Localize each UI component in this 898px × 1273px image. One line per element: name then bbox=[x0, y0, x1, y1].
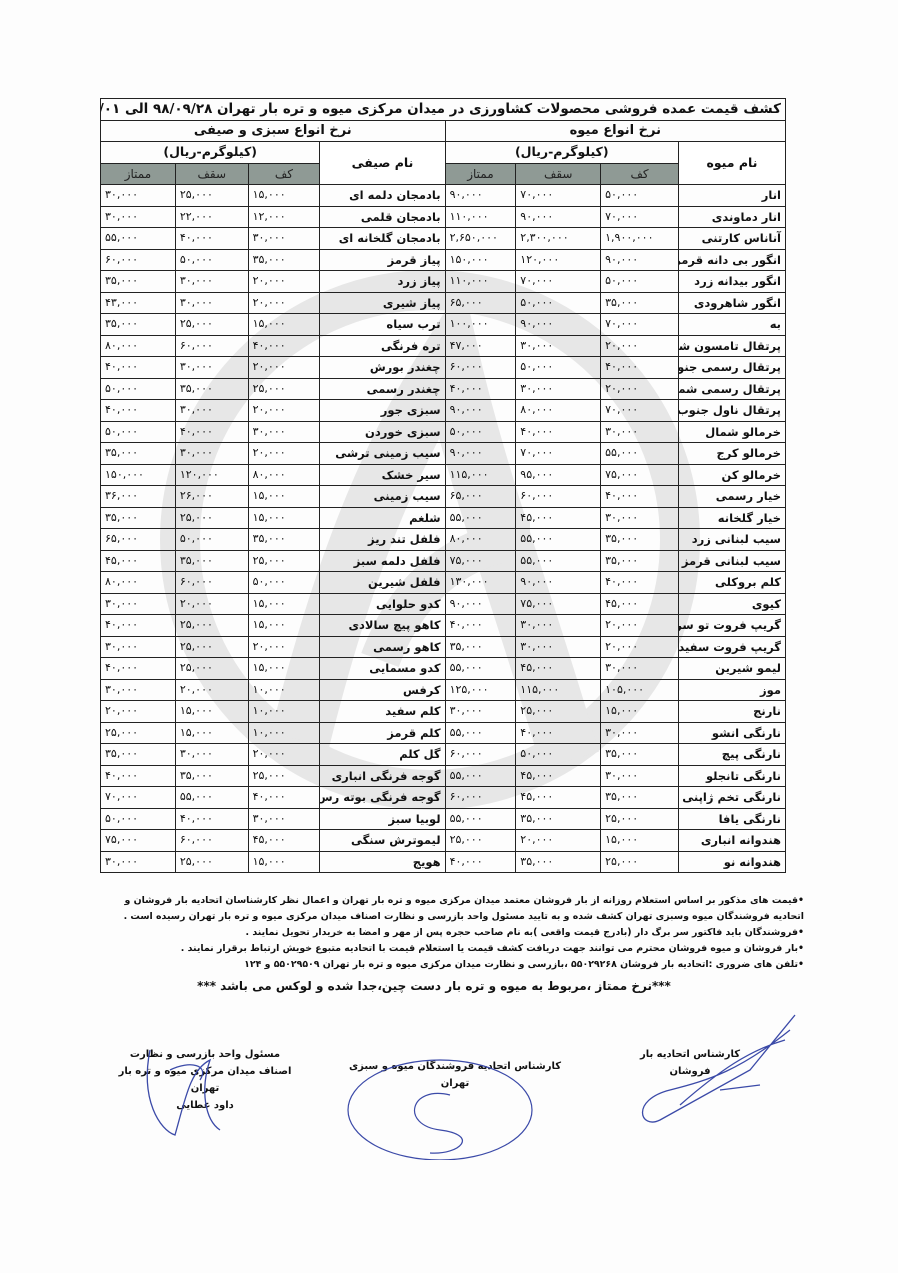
veg-min-price: ۸۰,۰۰۰ bbox=[248, 464, 320, 486]
veg-max-price: ۲۲,۰۰۰ bbox=[175, 206, 248, 228]
table-row: سیب لبنانی زرد۳۵,۰۰۰۵۵,۰۰۰۸۰,۰۰۰فلفل تند… bbox=[101, 529, 786, 551]
veg-min-price: ۲۰,۰۰۰ bbox=[248, 443, 320, 465]
fruit-max-price: ۵۰,۰۰۰ bbox=[516, 292, 601, 314]
veg-min-price: ۲۰,۰۰۰ bbox=[248, 357, 320, 379]
table-row: خیار رسمی۴۰,۰۰۰۶۰,۰۰۰۶۵,۰۰۰سیب زمینی۱۵,۰… bbox=[101, 486, 786, 508]
veg-name: بادمجان دلمه ای bbox=[320, 185, 445, 207]
fruit-max-price: ۹۵,۰۰۰ bbox=[516, 464, 601, 486]
veg-name: سیب زمینی bbox=[320, 486, 445, 508]
table-row: پرتقال رسمی شمال۲۰,۰۰۰۳۰,۰۰۰۴۰,۰۰۰چغندر … bbox=[101, 378, 786, 400]
veg-premium-price: ۴۰,۰۰۰ bbox=[101, 400, 176, 422]
veg-name: کاهو پیچ سالادی bbox=[320, 615, 445, 637]
fruit-premium-price: ۹۰,۰۰۰ bbox=[445, 185, 516, 207]
fruit-min-price: ۲۵,۰۰۰ bbox=[601, 851, 679, 873]
veg-premium-price: ۳۶,۰۰۰ bbox=[101, 486, 176, 508]
table-row: موز۱۰۵,۰۰۰۱۱۵,۰۰۰۱۲۵,۰۰۰کرفس۱۰,۰۰۰۲۰,۰۰۰… bbox=[101, 679, 786, 701]
veg-min-price: ۱۰,۰۰۰ bbox=[248, 679, 320, 701]
table-row: انار۵۰,۰۰۰۷۰,۰۰۰۹۰,۰۰۰بادمجان دلمه ای۱۵,… bbox=[101, 185, 786, 207]
veg-max-price: ۳۰,۰۰۰ bbox=[175, 744, 248, 766]
veg-min-price: ۱۵,۰۰۰ bbox=[248, 507, 320, 529]
fruit-name: خیار رسمی bbox=[678, 486, 785, 508]
fruit-premium-price: ۵۵,۰۰۰ bbox=[445, 765, 516, 787]
fruit-min-price: ۲۰,۰۰۰ bbox=[601, 636, 679, 658]
fruit-max-price: ۳۰,۰۰۰ bbox=[516, 335, 601, 357]
table-row: خیار گلخانه۳۰,۰۰۰۴۵,۰۰۰۵۵,۰۰۰شلغم۱۵,۰۰۰۲… bbox=[101, 507, 786, 529]
fruit-min-price: ۴۰,۰۰۰ bbox=[601, 486, 679, 508]
table-row: پرتقال تامسون شمال۲۰,۰۰۰۳۰,۰۰۰۴۷,۰۰۰تره … bbox=[101, 335, 786, 357]
table-row: خرمالو کن۷۵,۰۰۰۹۵,۰۰۰۱۱۵,۰۰۰سیر خشک۸۰,۰۰… bbox=[101, 464, 786, 486]
note-1-continued: اتحادیه فروشندگان میوه وسبزی تهران کشف ش… bbox=[104, 909, 804, 925]
veg-premium-price: ۱۵۰,۰۰۰ bbox=[101, 464, 176, 486]
fruit-max-price: ۱۲۰,۰۰۰ bbox=[516, 249, 601, 271]
fruit-name: انگور بیدانه زرد bbox=[678, 271, 785, 293]
veg-name: فلفل شیرین bbox=[320, 572, 445, 594]
signature-block-wholesalers-union: کارشناس اتحادیه بار فروشان bbox=[620, 1046, 760, 1080]
fruit-max-price: ۹۰,۰۰۰ bbox=[516, 314, 601, 336]
veg-name: چغندر بورش bbox=[320, 357, 445, 379]
veg-max-price: ۵۰,۰۰۰ bbox=[175, 529, 248, 551]
note-2: •فروشندگان باید فاکتور سر برگ دار (بادرج… bbox=[104, 925, 804, 941]
veg-min-price: ۱۵,۰۰۰ bbox=[248, 486, 320, 508]
veg-min-price: ۳۵,۰۰۰ bbox=[248, 529, 320, 551]
veg-min-price: ۱۵,۰۰۰ bbox=[248, 314, 320, 336]
fruit-min-price: ۹۰,۰۰۰ bbox=[601, 249, 679, 271]
veg-max-price: ۲۵,۰۰۰ bbox=[175, 507, 248, 529]
fruit-premium-price: ۲۵,۰۰۰ bbox=[445, 830, 516, 852]
fruit-premium-price: ۶۰,۰۰۰ bbox=[445, 744, 516, 766]
table-row: نارنگی انشو۳۰,۰۰۰۴۰,۰۰۰۵۵,۰۰۰کلم قرمز۱۰,… bbox=[101, 722, 786, 744]
veg-max-price: ۶۰,۰۰۰ bbox=[175, 830, 248, 852]
fruit-name: کیوی bbox=[678, 593, 785, 615]
fruit-premium-price: ۹۰,۰۰۰ bbox=[445, 400, 516, 422]
fruit-max-price: ۲۵,۰۰۰ bbox=[516, 701, 601, 723]
veg-premium-price: ۲۵,۰۰۰ bbox=[101, 722, 176, 744]
veg-min-header: کف bbox=[248, 163, 320, 185]
veg-name: فلفل تند ریز bbox=[320, 529, 445, 551]
signature-block-inspection-unit: مسئول واحد بازرسی و نظارت اصناف میدان مر… bbox=[105, 1046, 305, 1114]
veg-name: سبزی خوردن bbox=[320, 421, 445, 443]
veg-min-price: ۳۰,۰۰۰ bbox=[248, 808, 320, 830]
veg-max-price: ۲۰,۰۰۰ bbox=[175, 593, 248, 615]
fruit-name: پرتقال رسمی شمال bbox=[678, 378, 785, 400]
fruit-max-price: ۳۰,۰۰۰ bbox=[516, 378, 601, 400]
veg-name: گوجه فرنگی انباری bbox=[320, 765, 445, 787]
veg-premium-price: ۳۰,۰۰۰ bbox=[101, 851, 176, 873]
fruit-name-header: نام میوه bbox=[678, 142, 785, 185]
fruit-name: سیب لبنانی زرد bbox=[678, 529, 785, 551]
veg-premium-price: ۶۵,۰۰۰ bbox=[101, 529, 176, 551]
veg-name: ترب سیاه bbox=[320, 314, 445, 336]
table-row: انگور بیدانه زرد۵۰,۰۰۰۷۰,۰۰۰۱۱۰,۰۰۰پیاز … bbox=[101, 271, 786, 293]
fruit-max-price: ۱۱۵,۰۰۰ bbox=[516, 679, 601, 701]
fruit-min-price: ۳۰,۰۰۰ bbox=[601, 765, 679, 787]
signature-title: مسئول واحد بازرسی و نظارت bbox=[105, 1046, 305, 1063]
veg-premium-price: ۳۵,۰۰۰ bbox=[101, 443, 176, 465]
fruit-min-price: ۵۰,۰۰۰ bbox=[601, 271, 679, 293]
fruit-premium-price: ۵۵,۰۰۰ bbox=[445, 722, 516, 744]
table-row: کلم بروکلی۴۰,۰۰۰۹۰,۰۰۰۱۳۰,۰۰۰فلفل شیرین۵… bbox=[101, 572, 786, 594]
fruit-premium-price: ۶۰,۰۰۰ bbox=[445, 787, 516, 809]
veg-max-price: ۲۵,۰۰۰ bbox=[175, 636, 248, 658]
veg-premium-price: ۳۰,۰۰۰ bbox=[101, 679, 176, 701]
fruit-max-price: ۶۰,۰۰۰ bbox=[516, 486, 601, 508]
veg-max-price: ۳۰,۰۰۰ bbox=[175, 400, 248, 422]
veg-premium-price: ۳۵,۰۰۰ bbox=[101, 271, 176, 293]
fruit-min-price: ۳۰,۰۰۰ bbox=[601, 658, 679, 680]
veg-premium-price: ۲۰,۰۰۰ bbox=[101, 701, 176, 723]
veg-max-price: ۴۰,۰۰۰ bbox=[175, 808, 248, 830]
veg-max-price: ۲۵,۰۰۰ bbox=[175, 658, 248, 680]
veg-max-price: ۳۰,۰۰۰ bbox=[175, 271, 248, 293]
veg-name: گل کلم bbox=[320, 744, 445, 766]
veg-max-price: ۳۵,۰۰۰ bbox=[175, 378, 248, 400]
veg-max-price: ۴۰,۰۰۰ bbox=[175, 228, 248, 250]
premium-rate-note: ***نرخ ممتاز ،مربوط به میوه و تره بار دس… bbox=[104, 978, 804, 994]
veg-unit-label: (کیلوگرم-ریال) bbox=[101, 142, 320, 164]
note-1: •قیمت های مذکور بر اساس استعلام روزانه ا… bbox=[104, 893, 804, 909]
table-row: انگور بی دانه قرمز۹۰,۰۰۰۱۲۰,۰۰۰۱۵۰,۰۰۰پی… bbox=[101, 249, 786, 271]
fruit-name: انار bbox=[678, 185, 785, 207]
table-row: نارنگی پیچ۳۵,۰۰۰۵۰,۰۰۰۶۰,۰۰۰گل کلم۲۰,۰۰۰… bbox=[101, 744, 786, 766]
fruit-max-price: ۴۰,۰۰۰ bbox=[516, 722, 601, 744]
veg-name: گوجه فرنگی بوته رس bbox=[320, 787, 445, 809]
veg-premium-price: ۳۰,۰۰۰ bbox=[101, 593, 176, 615]
veg-name: پیاز زرد bbox=[320, 271, 445, 293]
veg-min-price: ۳۰,۰۰۰ bbox=[248, 421, 320, 443]
fruit-min-price: ۳۵,۰۰۰ bbox=[601, 787, 679, 809]
fruit-premium-price: ۸۰,۰۰۰ bbox=[445, 529, 516, 551]
fruit-premium-price: ۱۰۰,۰۰۰ bbox=[445, 314, 516, 336]
fruit-min-price: ۳۵,۰۰۰ bbox=[601, 292, 679, 314]
veg-name: کاهو رسمی bbox=[320, 636, 445, 658]
fruit-name: خیار گلخانه bbox=[678, 507, 785, 529]
table-row: پرتقال رسمی جنوب۴۰,۰۰۰۵۰,۰۰۰۶۰,۰۰۰چغندر … bbox=[101, 357, 786, 379]
veg-premium-price: ۴۰,۰۰۰ bbox=[101, 357, 176, 379]
veg-premium-price: ۴۰,۰۰۰ bbox=[101, 765, 176, 787]
fruit-name: نارنج bbox=[678, 701, 785, 723]
note-4-phones: •تلفن های ضروری :اتحادیه بار فروشان ۵۵۰۲… bbox=[104, 957, 804, 973]
table-row: کیوی۴۵,۰۰۰۷۵,۰۰۰۹۰,۰۰۰کدو حلوایی۱۵,۰۰۰۲۰… bbox=[101, 593, 786, 615]
fruit-premium-price: ۱۱۰,۰۰۰ bbox=[445, 206, 516, 228]
table-row: هندوانه نو۲۵,۰۰۰۳۵,۰۰۰۴۰,۰۰۰هویج۱۵,۰۰۰۲۵… bbox=[101, 851, 786, 873]
fruit-min-price: ۴۰,۰۰۰ bbox=[601, 572, 679, 594]
veg-max-price: ۶۰,۰۰۰ bbox=[175, 335, 248, 357]
fruit-max-price: ۹۰,۰۰۰ bbox=[516, 572, 601, 594]
veg-premium-price: ۳۵,۰۰۰ bbox=[101, 507, 176, 529]
veg-min-price: ۲۵,۰۰۰ bbox=[248, 378, 320, 400]
fruit-max-price: ۹۰,۰۰۰ bbox=[516, 206, 601, 228]
fruit-min-price: ۵۵,۰۰۰ bbox=[601, 443, 679, 465]
veg-min-price: ۱۰,۰۰۰ bbox=[248, 722, 320, 744]
fruit-name: موز bbox=[678, 679, 785, 701]
table-row: لیمو شیرین۳۰,۰۰۰۴۵,۰۰۰۵۵,۰۰۰کدو مسمایی۱۵… bbox=[101, 658, 786, 680]
fruit-premium-price: ۶۵,۰۰۰ bbox=[445, 292, 516, 314]
veg-min-price: ۵۰,۰۰۰ bbox=[248, 572, 320, 594]
fruit-name: نارنگی یافا bbox=[678, 808, 785, 830]
fruit-max-header: سقف bbox=[516, 163, 601, 185]
price-table: کشف قیمت عمده فروشی محصولات کشاورزی در م… bbox=[100, 98, 786, 873]
signature-block-retailers-union: کارشناس اتحادیه فروشندگان میوه و سبزی ته… bbox=[340, 1058, 570, 1092]
veg-max-price: ۴۰,۰۰۰ bbox=[175, 421, 248, 443]
veg-max-price: ۱۵,۰۰۰ bbox=[175, 701, 248, 723]
veg-min-price: ۲۵,۰۰۰ bbox=[248, 550, 320, 572]
veg-min-price: ۳۵,۰۰۰ bbox=[248, 249, 320, 271]
veg-min-price: ۲۰,۰۰۰ bbox=[248, 292, 320, 314]
fruit-premium-price: ۷۵,۰۰۰ bbox=[445, 550, 516, 572]
veg-premium-price: ۴۰,۰۰۰ bbox=[101, 658, 176, 680]
veg-premium-price: ۴۵,۰۰۰ bbox=[101, 550, 176, 572]
veg-max-price: ۲۶,۰۰۰ bbox=[175, 486, 248, 508]
veg-min-price: ۲۰,۰۰۰ bbox=[248, 271, 320, 293]
table-row: نارنگی تانجلو۳۰,۰۰۰۴۵,۰۰۰۵۵,۰۰۰گوجه فرنگ… bbox=[101, 765, 786, 787]
veg-name: کدو مسمایی bbox=[320, 658, 445, 680]
fruit-premium-price: ۴۷,۰۰۰ bbox=[445, 335, 516, 357]
fruit-max-price: ۴۵,۰۰۰ bbox=[516, 787, 601, 809]
veg-max-header: سقف bbox=[175, 163, 248, 185]
signature-subtitle: اصناف میدان مرکزی میوه و تره بار تهران bbox=[105, 1063, 305, 1097]
veg-premium-price: ۵۰,۰۰۰ bbox=[101, 421, 176, 443]
fruit-min-price: ۴۰,۰۰۰ bbox=[601, 357, 679, 379]
fruit-name: پرتقال تامسون شمال bbox=[678, 335, 785, 357]
fruit-premium-price: ۴۰,۰۰۰ bbox=[445, 378, 516, 400]
fruit-max-price: ۵۵,۰۰۰ bbox=[516, 529, 601, 551]
veg-premium-price: ۸۰,۰۰۰ bbox=[101, 572, 176, 594]
fruit-name: خرمالو شمال bbox=[678, 421, 785, 443]
fruit-premium-price: ۳۰,۰۰۰ bbox=[445, 701, 516, 723]
fruit-min-price: ۱۵,۰۰۰ bbox=[601, 830, 679, 852]
fruit-max-price: ۳۵,۰۰۰ bbox=[516, 808, 601, 830]
price-rows: انار۵۰,۰۰۰۷۰,۰۰۰۹۰,۰۰۰بادمجان دلمه ای۱۵,… bbox=[101, 185, 786, 873]
fruit-name: پرتقال ناول جنوب bbox=[678, 400, 785, 422]
fruit-name: انار دماوندی bbox=[678, 206, 785, 228]
fruit-min-price: ۱,۹۰۰,۰۰۰ bbox=[601, 228, 679, 250]
fruit-name: به bbox=[678, 314, 785, 336]
fruit-max-price: ۵۵,۰۰۰ bbox=[516, 550, 601, 572]
veg-min-price: ۱۵,۰۰۰ bbox=[248, 658, 320, 680]
fruit-max-price: ۲,۳۰۰,۰۰۰ bbox=[516, 228, 601, 250]
fruit-premium-price: ۶۵,۰۰۰ bbox=[445, 486, 516, 508]
veg-min-price: ۱۵,۰۰۰ bbox=[248, 615, 320, 637]
fruit-premium-price: ۱۱۰,۰۰۰ bbox=[445, 271, 516, 293]
veg-min-price: ۴۰,۰۰۰ bbox=[248, 787, 320, 809]
veg-premium-header: ممتاز bbox=[101, 163, 176, 185]
table-row: سیب لبنانی قرمز۳۵,۰۰۰۵۵,۰۰۰۷۵,۰۰۰فلفل دل… bbox=[101, 550, 786, 572]
table-row: خرمالو کرج۵۵,۰۰۰۷۰,۰۰۰۹۰,۰۰۰سیب زمینی تر… bbox=[101, 443, 786, 465]
fruit-max-price: ۵۰,۰۰۰ bbox=[516, 357, 601, 379]
veg-min-price: ۱۲,۰۰۰ bbox=[248, 206, 320, 228]
veg-premium-price: ۳۵,۰۰۰ bbox=[101, 744, 176, 766]
fruit-name: نارنگی تخم ژاپنی bbox=[678, 787, 785, 809]
veg-name: کلم قرمز bbox=[320, 722, 445, 744]
veg-premium-price: ۶۰,۰۰۰ bbox=[101, 249, 176, 271]
fruit-name: انگور شاهرودی bbox=[678, 292, 785, 314]
fruit-max-price: ۴۵,۰۰۰ bbox=[516, 507, 601, 529]
veg-name: هویج bbox=[320, 851, 445, 873]
fruit-min-price: ۳۵,۰۰۰ bbox=[601, 744, 679, 766]
fruit-max-price: ۷۰,۰۰۰ bbox=[516, 185, 601, 207]
veg-name: کلم سفید bbox=[320, 701, 445, 723]
veg-max-price: ۵۵,۰۰۰ bbox=[175, 787, 248, 809]
veg-name: سیب زمینی ترشی bbox=[320, 443, 445, 465]
fruit-min-price: ۳۵,۰۰۰ bbox=[601, 550, 679, 572]
fruit-name: خرمالو کن bbox=[678, 464, 785, 486]
fruit-premium-price: ۶۰,۰۰۰ bbox=[445, 357, 516, 379]
veg-premium-price: ۷۵,۰۰۰ bbox=[101, 830, 176, 852]
veg-premium-price: ۵۰,۰۰۰ bbox=[101, 808, 176, 830]
veg-premium-price: ۴۳,۰۰۰ bbox=[101, 292, 176, 314]
veg-section-heading: نرخ انواع سبزی و صیفی bbox=[101, 120, 446, 142]
fruit-max-price: ۳۰,۰۰۰ bbox=[516, 636, 601, 658]
document-title: کشف قیمت عمده فروشی محصولات کشاورزی در م… bbox=[101, 99, 786, 121]
fruit-premium-price: ۴۰,۰۰۰ bbox=[445, 615, 516, 637]
veg-min-price: ۴۰,۰۰۰ bbox=[248, 335, 320, 357]
fruit-max-price: ۷۵,۰۰۰ bbox=[516, 593, 601, 615]
fruit-name: خرمالو کرج bbox=[678, 443, 785, 465]
table-row: پرتقال ناول جنوب۷۰,۰۰۰۸۰,۰۰۰۹۰,۰۰۰سبزی ج… bbox=[101, 400, 786, 422]
fruit-name: نارنگی پیچ bbox=[678, 744, 785, 766]
veg-max-price: ۳۵,۰۰۰ bbox=[175, 550, 248, 572]
fruit-min-price: ۲۰,۰۰۰ bbox=[601, 378, 679, 400]
fruit-premium-price: ۵۰,۰۰۰ bbox=[445, 421, 516, 443]
veg-premium-price: ۳۰,۰۰۰ bbox=[101, 206, 176, 228]
fruit-max-price: ۷۰,۰۰۰ bbox=[516, 271, 601, 293]
fruit-min-price: ۷۰,۰۰۰ bbox=[601, 206, 679, 228]
veg-name: سبزی جور bbox=[320, 400, 445, 422]
fruit-min-price: ۳۰,۰۰۰ bbox=[601, 507, 679, 529]
veg-min-price: ۳۰,۰۰۰ bbox=[248, 228, 320, 250]
fruit-min-price: ۲۰,۰۰۰ bbox=[601, 615, 679, 637]
fruit-name: هندوانه انباری bbox=[678, 830, 785, 852]
veg-min-price: ۱۵,۰۰۰ bbox=[248, 851, 320, 873]
fruit-name: انگور بی دانه قرمز bbox=[678, 249, 785, 271]
fruit-premium-price: ۱۳۰,۰۰۰ bbox=[445, 572, 516, 594]
fruit-min-price: ۳۵,۰۰۰ bbox=[601, 529, 679, 551]
signer-name: داود عطایی bbox=[105, 1097, 305, 1114]
veg-max-price: ۳۰,۰۰۰ bbox=[175, 357, 248, 379]
veg-name: فلفل دلمه سبز bbox=[320, 550, 445, 572]
table-row: به۷۰,۰۰۰۹۰,۰۰۰۱۰۰,۰۰۰ترب سیاه۱۵,۰۰۰۲۵,۰۰… bbox=[101, 314, 786, 336]
fruit-premium-header: ممتاز bbox=[445, 163, 516, 185]
veg-name: لوبیا سبز bbox=[320, 808, 445, 830]
veg-name: کدو حلوایی bbox=[320, 593, 445, 615]
fruit-name: لیمو شیرین bbox=[678, 658, 785, 680]
fruit-name: گریپ فروت سفید bbox=[678, 636, 785, 658]
fruit-name: سیب لبنانی قرمز bbox=[678, 550, 785, 572]
veg-max-price: ۳۰,۰۰۰ bbox=[175, 292, 248, 314]
veg-max-price: ۱۲۰,۰۰۰ bbox=[175, 464, 248, 486]
fruit-min-price: ۳۰,۰۰۰ bbox=[601, 722, 679, 744]
veg-premium-price: ۵۰,۰۰۰ bbox=[101, 378, 176, 400]
fruit-premium-price: ۹۰,۰۰۰ bbox=[445, 593, 516, 615]
veg-max-price: ۲۵,۰۰۰ bbox=[175, 851, 248, 873]
veg-name: پیاز قرمز bbox=[320, 249, 445, 271]
veg-name: پیاز شیری bbox=[320, 292, 445, 314]
veg-premium-price: ۷۰,۰۰۰ bbox=[101, 787, 176, 809]
veg-max-price: ۳۰,۰۰۰ bbox=[175, 443, 248, 465]
fruit-premium-price: ۵۵,۰۰۰ bbox=[445, 808, 516, 830]
fruit-name: آناناس کارتنی bbox=[678, 228, 785, 250]
veg-premium-price: ۳۵,۰۰۰ bbox=[101, 314, 176, 336]
veg-premium-price: ۳۰,۰۰۰ bbox=[101, 636, 176, 658]
veg-name: کرفس bbox=[320, 679, 445, 701]
fruit-premium-price: ۳۵,۰۰۰ bbox=[445, 636, 516, 658]
fruit-name: گریپ فروت تو سرخ bbox=[678, 615, 785, 637]
fruit-max-price: ۲۰,۰۰۰ bbox=[516, 830, 601, 852]
veg-min-price: ۱۰,۰۰۰ bbox=[248, 701, 320, 723]
veg-min-price: ۲۰,۰۰۰ bbox=[248, 400, 320, 422]
fruit-premium-price: ۴۰,۰۰۰ bbox=[445, 851, 516, 873]
fruit-max-price: ۷۰,۰۰۰ bbox=[516, 443, 601, 465]
fruit-max-price: ۳۰,۰۰۰ bbox=[516, 615, 601, 637]
fruit-min-header: کف bbox=[601, 163, 679, 185]
fruit-min-price: ۷۵,۰۰۰ bbox=[601, 464, 679, 486]
veg-name: بادمجان قلمی bbox=[320, 206, 445, 228]
veg-name-header: نام صیفی bbox=[320, 142, 445, 185]
table-row: خرمالو شمال۳۰,۰۰۰۴۰,۰۰۰۵۰,۰۰۰سبزی خوردن۳… bbox=[101, 421, 786, 443]
table-row: انگور شاهرودی۳۵,۰۰۰۵۰,۰۰۰۶۵,۰۰۰پیاز شیری… bbox=[101, 292, 786, 314]
fruit-max-price: ۳۵,۰۰۰ bbox=[516, 851, 601, 873]
veg-name: لیموترش سنگی bbox=[320, 830, 445, 852]
table-row: آناناس کارتنی۱,۹۰۰,۰۰۰۲,۳۰۰,۰۰۰۲,۶۵۰,۰۰۰… bbox=[101, 228, 786, 250]
price-sheet-page: کشف قیمت عمده فروشی محصولات کشاورزی در م… bbox=[0, 0, 898, 1273]
signature-title: کارشناس اتحادیه بار فروشان bbox=[620, 1046, 760, 1080]
fruit-min-price: ۷۰,۰۰۰ bbox=[601, 400, 679, 422]
veg-min-price: ۱۵,۰۰۰ bbox=[248, 185, 320, 207]
veg-name: سیر خشک bbox=[320, 464, 445, 486]
fruit-max-price: ۴۰,۰۰۰ bbox=[516, 421, 601, 443]
table-row: گریپ فروت سفید۲۰,۰۰۰۳۰,۰۰۰۳۵,۰۰۰کاهو رسم… bbox=[101, 636, 786, 658]
fruit-name: هندوانه نو bbox=[678, 851, 785, 873]
fruit-max-price: ۴۵,۰۰۰ bbox=[516, 765, 601, 787]
fruit-min-price: ۲۵,۰۰۰ bbox=[601, 808, 679, 830]
fruit-max-price: ۴۵,۰۰۰ bbox=[516, 658, 601, 680]
table-row: نارنگی تخم ژاپنی۳۵,۰۰۰۴۵,۰۰۰۶۰,۰۰۰گوجه ف… bbox=[101, 787, 786, 809]
table-row: نارنج۱۵,۰۰۰۲۵,۰۰۰۳۰,۰۰۰کلم سفید۱۰,۰۰۰۱۵,… bbox=[101, 701, 786, 723]
signature-title: کارشناس اتحادیه فروشندگان میوه و سبزی ته… bbox=[340, 1058, 570, 1092]
fruit-min-price: ۷۰,۰۰۰ bbox=[601, 314, 679, 336]
veg-name: چغندر رسمی bbox=[320, 378, 445, 400]
veg-min-price: ۲۰,۰۰۰ bbox=[248, 744, 320, 766]
veg-max-price: ۲۰,۰۰۰ bbox=[175, 679, 248, 701]
footnotes: •قیمت های مذکور بر اساس استعلام روزانه ا… bbox=[104, 893, 804, 994]
fruit-min-price: ۲۰,۰۰۰ bbox=[601, 335, 679, 357]
table-row: هندوانه انباری۱۵,۰۰۰۲۰,۰۰۰۲۵,۰۰۰لیموترش … bbox=[101, 830, 786, 852]
table-row: انار دماوندی۷۰,۰۰۰۹۰,۰۰۰۱۱۰,۰۰۰بادمجان ق… bbox=[101, 206, 786, 228]
fruit-min-price: ۱۵,۰۰۰ bbox=[601, 701, 679, 723]
fruit-premium-price: ۵۵,۰۰۰ bbox=[445, 507, 516, 529]
fruit-name: نارنگی انشو bbox=[678, 722, 785, 744]
veg-name: شلغم bbox=[320, 507, 445, 529]
veg-premium-price: ۴۰,۰۰۰ bbox=[101, 615, 176, 637]
veg-min-price: ۲۵,۰۰۰ bbox=[248, 765, 320, 787]
veg-premium-price: ۳۰,۰۰۰ bbox=[101, 185, 176, 207]
fruit-name: پرتقال رسمی جنوب bbox=[678, 357, 785, 379]
fruit-premium-price: ۵۵,۰۰۰ bbox=[445, 658, 516, 680]
veg-max-price: ۲۵,۰۰۰ bbox=[175, 185, 248, 207]
fruit-min-price: ۳۰,۰۰۰ bbox=[601, 421, 679, 443]
veg-min-price: ۴۵,۰۰۰ bbox=[248, 830, 320, 852]
fruit-min-price: ۵۰,۰۰۰ bbox=[601, 185, 679, 207]
fruit-min-price: ۴۵,۰۰۰ bbox=[601, 593, 679, 615]
veg-name: تره فرنگی bbox=[320, 335, 445, 357]
veg-max-price: ۲۵,۰۰۰ bbox=[175, 615, 248, 637]
veg-name: بادمجان گلخانه ای bbox=[320, 228, 445, 250]
veg-min-price: ۱۵,۰۰۰ bbox=[248, 593, 320, 615]
table-row: گریپ فروت تو سرخ۲۰,۰۰۰۳۰,۰۰۰۴۰,۰۰۰کاهو پ… bbox=[101, 615, 786, 637]
fruit-unit-label: (کیلوگرم-ریال) bbox=[445, 142, 678, 164]
fruit-premium-price: ۱۱۵,۰۰۰ bbox=[445, 464, 516, 486]
fruit-premium-price: ۲,۶۵۰,۰۰۰ bbox=[445, 228, 516, 250]
